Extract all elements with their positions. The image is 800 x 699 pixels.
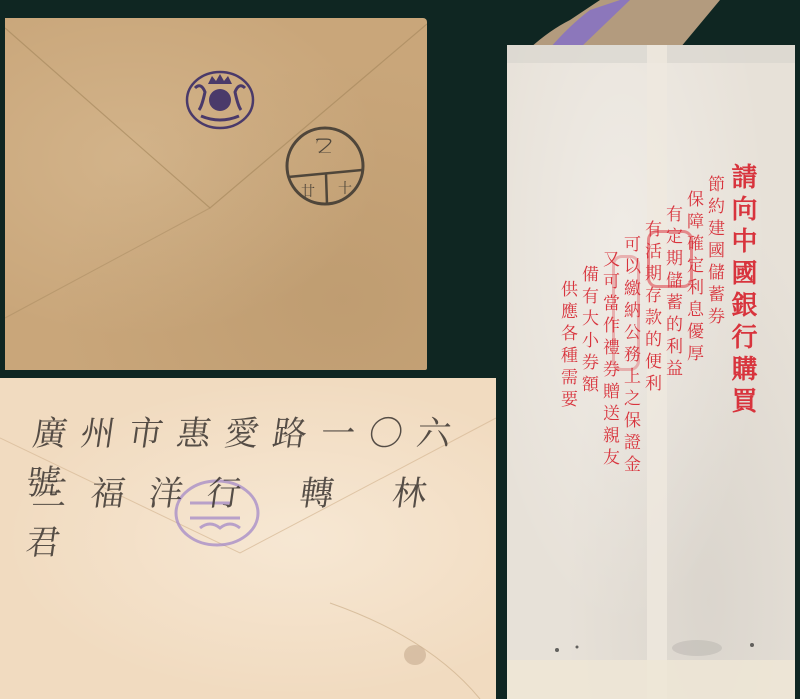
torn-flap xyxy=(530,0,720,48)
ad-column: 節約建國儲蓄券 xyxy=(705,175,722,329)
svg-text:乙: 乙 xyxy=(315,134,333,155)
ad-column: 又可當作禮券贈送親友 xyxy=(600,250,617,470)
envelope-bank-of-china-ad: 請向中國銀行購買 節約建國儲蓄券 保障確定利息優厚 有定期儲蓄的利益 有活期存款… xyxy=(507,45,795,699)
envelope-back-crest: 乙 廿 十 xyxy=(5,18,427,370)
handwritten-address-line2: 三福洋行 轉 林君 xyxy=(23,466,503,564)
ad-column: 供應各種需要 xyxy=(558,280,575,412)
svg-text:十: 十 xyxy=(338,181,352,197)
ad-column: 備有大小券額 xyxy=(579,265,596,397)
envelope-flap-lines: 乙 廿 十 xyxy=(5,18,427,370)
svg-text:廿: 廿 xyxy=(301,184,315,200)
coat-of-arms-icon xyxy=(187,72,253,128)
ad-column: 可以繳納公務上之保證金 xyxy=(621,235,638,477)
ad-column: 有定期儲蓄的利益 xyxy=(663,205,680,381)
headline: 請向中國銀行購買 xyxy=(729,163,755,419)
ad-column: 保障確定利息優厚 xyxy=(684,190,701,366)
postmark-icon: 乙 廿 十 xyxy=(287,128,363,204)
envelope-handwritten: 廣州市惠愛路一〇六號 三福洋行 轉 林君 xyxy=(0,378,496,699)
ad-column: 有活期存款的便利 xyxy=(642,220,659,396)
